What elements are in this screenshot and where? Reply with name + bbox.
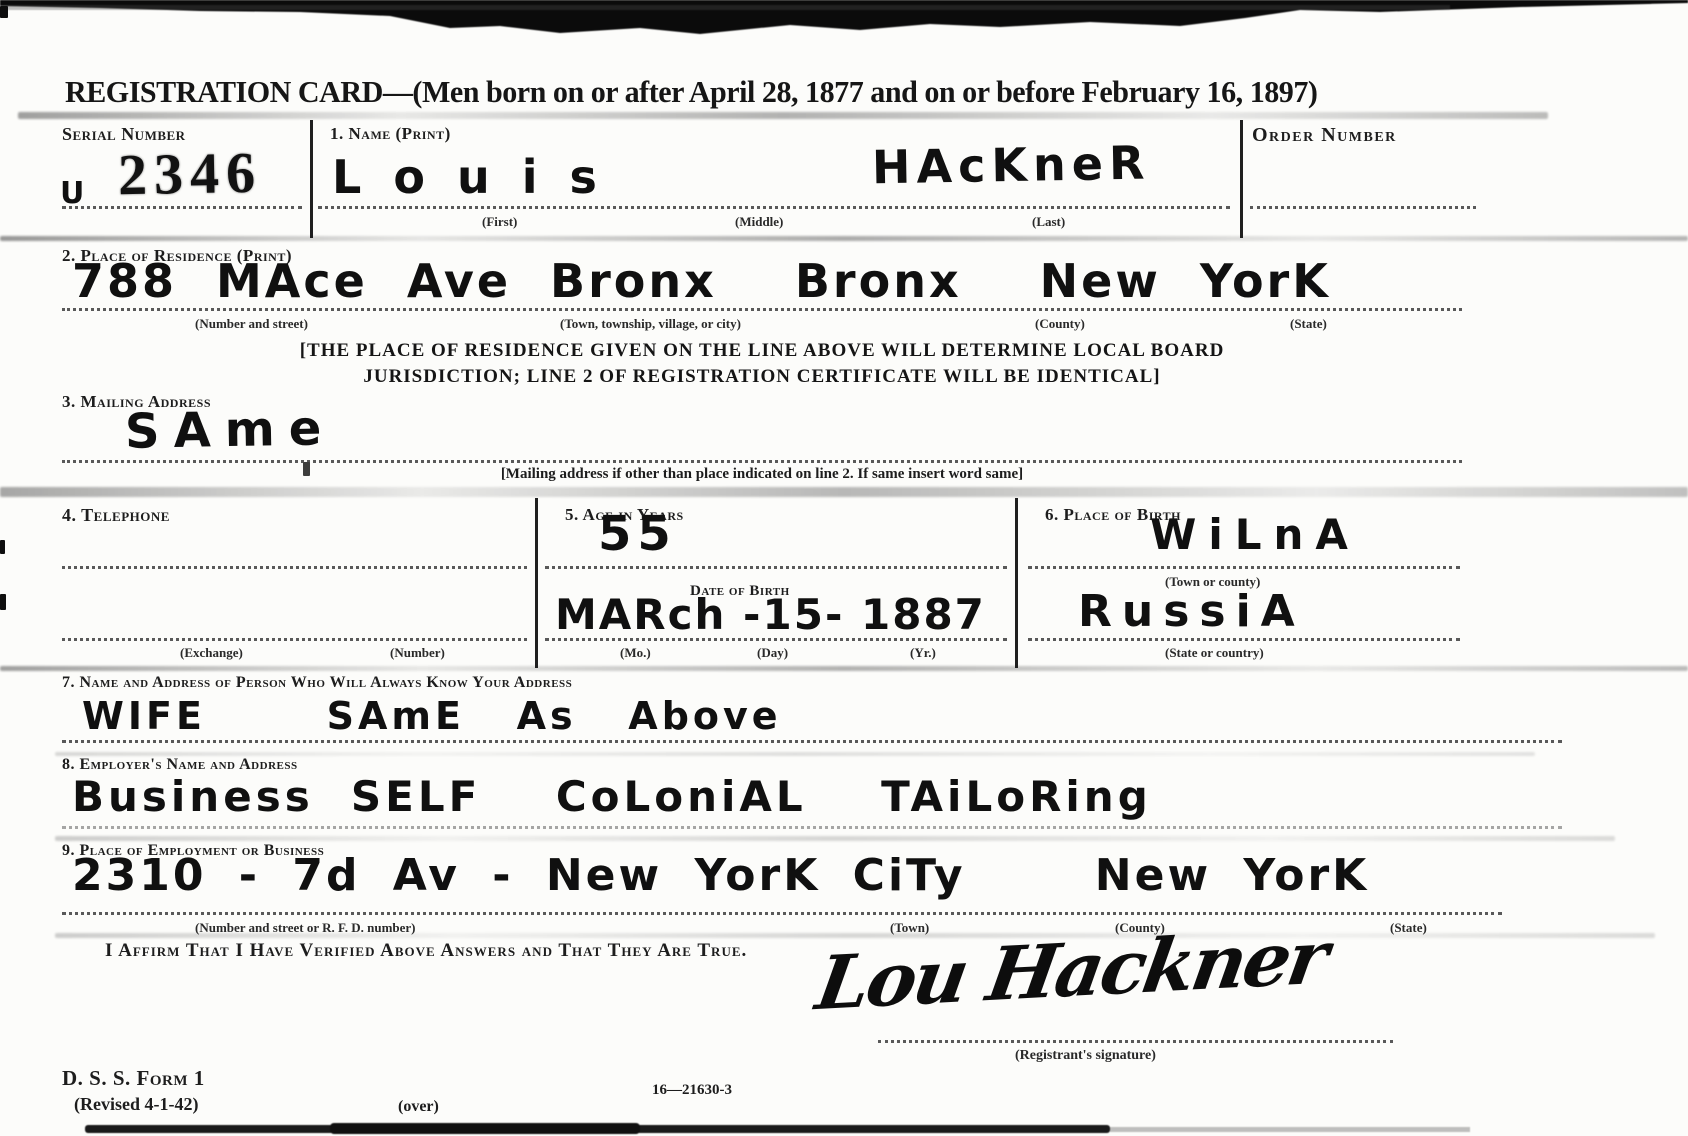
telephone-sub-exchange: (Exchange) xyxy=(180,645,243,661)
footer-revised: (Revised 4-1-42) xyxy=(74,1094,198,1115)
dob-sub-yr: (Yr.) xyxy=(910,645,936,661)
residence-sub-state: (State) xyxy=(1290,316,1327,332)
residence-value: 788 MAce Ave Bronx Bronx New YorK xyxy=(72,254,1331,308)
contact-value: WIFE SAmE As Above xyxy=(82,694,782,738)
contact-label: 7. Name and Address of Person Who Will A… xyxy=(62,674,572,692)
dob-value: MARch -15- 1887 xyxy=(555,590,986,639)
card-title: REGISTRATION CARD—(Men born on or after … xyxy=(65,74,1317,110)
employment-sub-state: (State) xyxy=(1390,920,1427,936)
affirmation-text: I Affirm That I Have Verified Above Answ… xyxy=(105,940,747,962)
telephone-line-1 xyxy=(62,566,527,569)
mailing-line xyxy=(62,460,1462,463)
dob-line xyxy=(545,638,1007,641)
residence-note-line1: [THE PLACE OF RESIDENCE GIVEN ON THE LIN… xyxy=(62,340,1462,362)
footer-print-code: 16—21630-3 xyxy=(652,1082,732,1099)
birth-line-2 xyxy=(1028,638,1460,641)
divider-tel-age xyxy=(535,498,538,668)
scan-edge-bottom xyxy=(0,1122,1688,1136)
rule-mailing-bottom xyxy=(0,487,1688,497)
name-last-value: HAcKneR xyxy=(872,136,1151,195)
employment-sub-street: (Number and street or R. F. D. number) xyxy=(195,920,416,936)
residence-line xyxy=(62,308,1462,311)
telephone-line-2 xyxy=(62,638,527,641)
telephone-label: 4. Telephone xyxy=(62,505,170,526)
serial-line xyxy=(62,206,302,209)
name-label: 1. Name (Print) xyxy=(330,124,451,144)
dob-sub-day: (Day) xyxy=(757,645,788,661)
scan-tear-top xyxy=(0,0,1688,42)
dob-sub-mo: (Mo.) xyxy=(620,645,651,661)
contact-line xyxy=(62,740,1562,743)
age-value: 55 xyxy=(598,506,677,562)
footer-form-number: D. S. S. Form 1 xyxy=(62,1066,205,1091)
birth-town-value: WiLnA xyxy=(1150,510,1360,559)
employment-sub-town: (Town) xyxy=(890,920,929,936)
order-line xyxy=(1250,206,1476,209)
rule-under-title xyxy=(18,112,1548,119)
registration-card-scan: REGISTRATION CARD—(Men born on or after … xyxy=(0,0,1688,1136)
mailing-value: SAme xyxy=(125,400,336,460)
divider-name-order xyxy=(1240,120,1243,238)
birth-line-1 xyxy=(1028,566,1460,569)
age-line xyxy=(545,566,1007,569)
residence-note-line2: JURISDICTION; LINE 2 OF REGISTRATION CER… xyxy=(62,366,1462,388)
order-number-label: Order Number xyxy=(1252,124,1397,147)
mailing-note: [Mailing address if other than place ind… xyxy=(62,466,1462,483)
serial-number-stamp: 2346 xyxy=(117,139,262,209)
residence-sub-street: (Number and street) xyxy=(195,316,308,332)
rule-row1-bottom xyxy=(0,236,1688,241)
divider-serial-name xyxy=(310,120,313,238)
signature-line xyxy=(878,1040,1393,1043)
employer-value: Business SELF CoLoniAL TAiLoRing xyxy=(72,772,1152,821)
rule-light-2 xyxy=(55,836,1615,841)
scan-speck xyxy=(0,6,8,18)
name-sub-last: (Last) xyxy=(1032,214,1065,230)
employment-line xyxy=(62,912,1502,915)
birth-country-value: RussiA xyxy=(1078,586,1305,637)
name-line xyxy=(318,206,1230,209)
footer-over: (over) xyxy=(398,1098,439,1116)
employment-value: 2310 - 7d Av - New YorK CiTy New YorK xyxy=(72,850,1369,901)
telephone-sub-number: (Number) xyxy=(390,645,445,661)
registrant-signature: Lou Hackner xyxy=(811,915,1332,1027)
name-sub-first: (First) xyxy=(482,214,517,230)
birth-sub-country: (State or country) xyxy=(1165,645,1264,661)
scan-speck xyxy=(0,540,5,554)
scan-speck xyxy=(0,594,6,610)
divider-age-birth xyxy=(1015,498,1018,668)
employer-line xyxy=(62,826,1562,829)
signature-sub-label: (Registrant's signature) xyxy=(1015,1048,1156,1064)
rule-row456-bottom xyxy=(0,666,1688,671)
residence-sub-county: (County) xyxy=(1035,316,1085,332)
residence-sub-town: (Town, township, village, or city) xyxy=(560,316,741,332)
name-sub-middle: (Middle) xyxy=(735,214,783,230)
name-first-value: L o u i s xyxy=(332,150,605,204)
